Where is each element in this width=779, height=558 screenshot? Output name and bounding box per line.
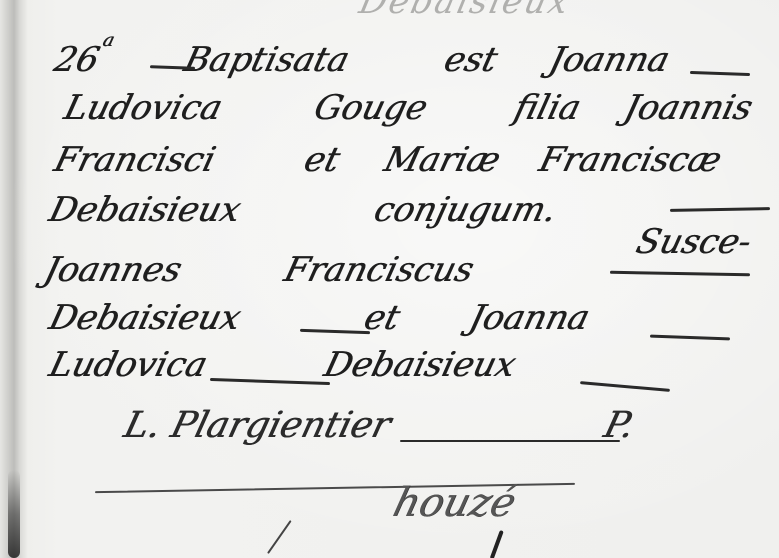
word: est <box>440 40 501 80</box>
word: Susce- <box>632 222 755 262</box>
pen-flourish <box>400 440 620 442</box>
word: conjugum. <box>370 190 561 230</box>
word: Franciscæ <box>535 140 725 180</box>
signature-name: houzé <box>389 480 521 526</box>
word: Baptisata <box>180 40 353 80</box>
word: Debaisieux <box>45 298 245 338</box>
word: filia <box>510 88 585 128</box>
entry-number: 26a <box>50 40 114 80</box>
entry-number-value: 26 <box>50 40 103 80</box>
binding-gutter-shadow <box>8 470 20 558</box>
word: Joanna <box>545 40 673 80</box>
signature-name: L. Plargientier <box>120 405 395 446</box>
word: Debaisieux <box>320 345 520 385</box>
word: Joanna <box>465 298 593 338</box>
word: Ludovica <box>45 345 211 385</box>
word: Franciscus <box>280 250 478 290</box>
faded-header-text: Debaisieux <box>356 0 574 22</box>
word: Debaisieux <box>45 190 245 230</box>
word: Francisci <box>50 140 219 180</box>
word: Ludovica <box>60 88 226 128</box>
word: Gouge <box>310 88 431 128</box>
word: Joannes <box>40 250 186 290</box>
word: Joannis <box>620 88 756 128</box>
word: Mariæ <box>380 140 504 180</box>
